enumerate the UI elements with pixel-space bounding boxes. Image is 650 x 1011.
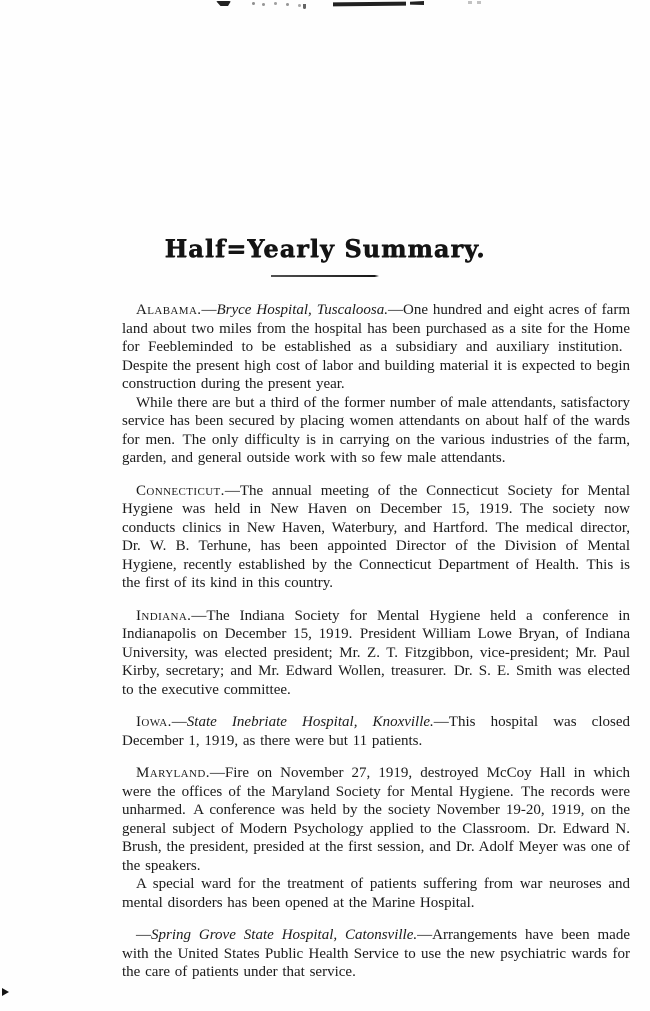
title-block: Half=Yearly Summary. <box>0 0 650 277</box>
document-body: Alabama.—Bryce Hospital, Tuscaloosa.—One… <box>122 301 630 982</box>
scan-artifact <box>468 1 472 4</box>
scanned-page: Half=Yearly Summary. Alabama.—Bryce Hosp… <box>0 0 650 1011</box>
scan-artifact <box>252 2 255 5</box>
entry-alabama-continued: While there are but a third of the forme… <box>122 394 630 468</box>
scan-artifact <box>2 988 9 996</box>
scan-artifact <box>333 2 406 7</box>
entry-iowa: Iowa.—State Inebriate Hospital, Knoxvill… <box>122 713 630 750</box>
scan-artifact <box>303 4 306 9</box>
scan-artifact <box>477 1 481 4</box>
entry-maryland: Maryland.—Fire on November 27, 1919, des… <box>122 764 630 875</box>
entry-maryland-continued: A special ward for the treatment of pati… <box>122 875 630 912</box>
entry-spring-grove: —Spring Grove State Hospital, Catonsvill… <box>122 926 630 982</box>
entry-connecticut: Connecticut.—The annual meeting of the C… <box>122 482 630 593</box>
entry-alabama: Alabama.—Bryce Hospital, Tuscaloosa.—One… <box>122 301 630 394</box>
page-title: Half=Yearly Summary. <box>0 236 650 262</box>
title-divider <box>271 275 379 277</box>
entry-indiana: Indiana.—The Indiana Society for Mental … <box>122 607 630 700</box>
